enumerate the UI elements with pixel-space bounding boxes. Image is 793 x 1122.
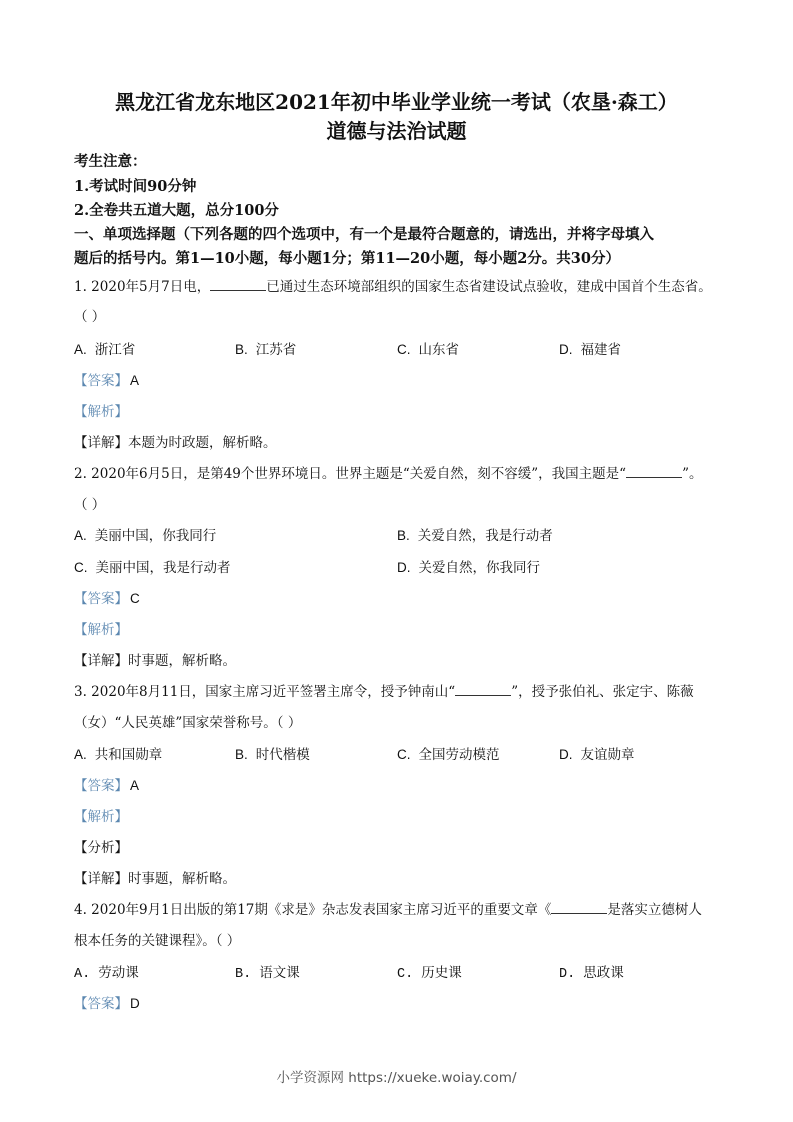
question-2-bracket: （ ） bbox=[74, 493, 105, 513]
question-1-answer: 【答案】A bbox=[74, 369, 139, 389]
question-4-option-b: B.语文课 bbox=[235, 961, 300, 982]
question-1-analysis-label: 【解析】 bbox=[74, 400, 128, 420]
question-3-stem-line2: （女）“人民英雄”国家荣誉称号。（ ） bbox=[74, 711, 301, 731]
fill-blank bbox=[551, 901, 607, 914]
fill-blank bbox=[455, 683, 511, 696]
question-2-option-a: A.美丽中国，你我同行 bbox=[74, 524, 216, 544]
question-4-stem: 4. 2020年9月1日出版的第17期《求是》杂志发表国家主席习近平的重要文章《… bbox=[74, 898, 702, 918]
notice-item-1: 1.考试时间90分钟 bbox=[74, 175, 196, 196]
question-1-option-d: D.福建省 bbox=[559, 338, 621, 358]
question-1-stem-after: 已通过生态环境部组织的国家生态省建设试点验收，建成中国首个生态省。 bbox=[266, 279, 712, 295]
question-4-option-d: D.思政课 bbox=[559, 961, 624, 982]
question-3-answer: 【答案】A bbox=[74, 774, 139, 794]
question-1-detail: 【详解】本题为时政题，解析略。 bbox=[74, 431, 277, 451]
fill-blank bbox=[210, 278, 266, 291]
exam-subtitle: 道德与法治试题 bbox=[0, 115, 793, 144]
notice-heading: 考生注意： bbox=[74, 150, 147, 171]
question-2-detail: 【详解】时事题，解析略。 bbox=[74, 649, 236, 669]
question-3-stem: 3. 2020年8月11日，国家主席习近平签署主席令，授予钟南山“”，授予张伯礼… bbox=[74, 680, 694, 700]
question-1-option-c: C.山东省 bbox=[397, 338, 459, 358]
question-2-option-b: B.关爱自然，我是行动者 bbox=[397, 524, 553, 544]
notice-item-2: 2.全卷共五道大题，总分100分 bbox=[74, 199, 279, 220]
question-2-analysis-label: 【解析】 bbox=[74, 618, 128, 638]
question-1-stem: 1. 2020年5月7日电，已通过生态环境部组织的国家生态省建设试点验收，建成中… bbox=[74, 275, 712, 295]
question-3-option-d: D.友谊勋章 bbox=[559, 743, 635, 763]
question-1-stem-before: 1. 2020年5月7日电， bbox=[74, 279, 210, 295]
question-3-option-a: A.共和国勋章 bbox=[74, 743, 162, 763]
question-3-detail: 【详解】时事题，解析略。 bbox=[74, 867, 236, 887]
question-1-option-a: A.浙江省 bbox=[74, 338, 135, 358]
section-heading-line2: 题后的括号内。第1—10小题，每小题1分；第11—20小题，每小题2分。共30分… bbox=[74, 247, 620, 268]
question-3-option-c: C.全国劳动模范 bbox=[397, 743, 500, 763]
question-4-answer: 【答案】D bbox=[74, 992, 140, 1012]
exam-title: 黑龙江省龙东地区2021年初中毕业学业统一考试（农垦·森工） bbox=[0, 86, 793, 115]
question-2-option-d: D.关爱自然，你我同行 bbox=[397, 556, 540, 576]
question-3-fenxi: 【分析】 bbox=[74, 836, 128, 856]
question-2-answer: 【答案】C bbox=[74, 587, 140, 607]
question-3-option-b: B.时代楷模 bbox=[235, 743, 310, 763]
question-4-option-c: C.历史课 bbox=[397, 961, 462, 982]
footer-watermark: 小学资源网 https://xueke.woiay.com/ bbox=[0, 1066, 793, 1086]
question-1-bracket: （ ） bbox=[74, 305, 105, 325]
question-2-stem: 2. 2020年6月5日，是第49个世界环境日。世界主题是“关爱自然，刻不容缓”… bbox=[74, 462, 703, 482]
fill-blank bbox=[626, 465, 682, 478]
question-4-option-a: A.劳动课 bbox=[74, 961, 139, 982]
question-1-option-b: B.江苏省 bbox=[235, 338, 296, 358]
question-4-stem-line2: 根本任务的关键课程》。（ ） bbox=[74, 929, 240, 949]
document-page: 黑龙江省龙东地区2021年初中毕业学业统一考试（农垦·森工） 道德与法治试题 考… bbox=[0, 0, 793, 1122]
question-3-analysis-label: 【解析】 bbox=[74, 805, 128, 825]
section-heading-line1: 一、单项选择题（下列各题的四个选项中，有一个是最符合题意的，请选出，并将字母填入 bbox=[74, 223, 654, 244]
question-2-option-c: C.美丽中国，我是行动者 bbox=[74, 556, 231, 576]
